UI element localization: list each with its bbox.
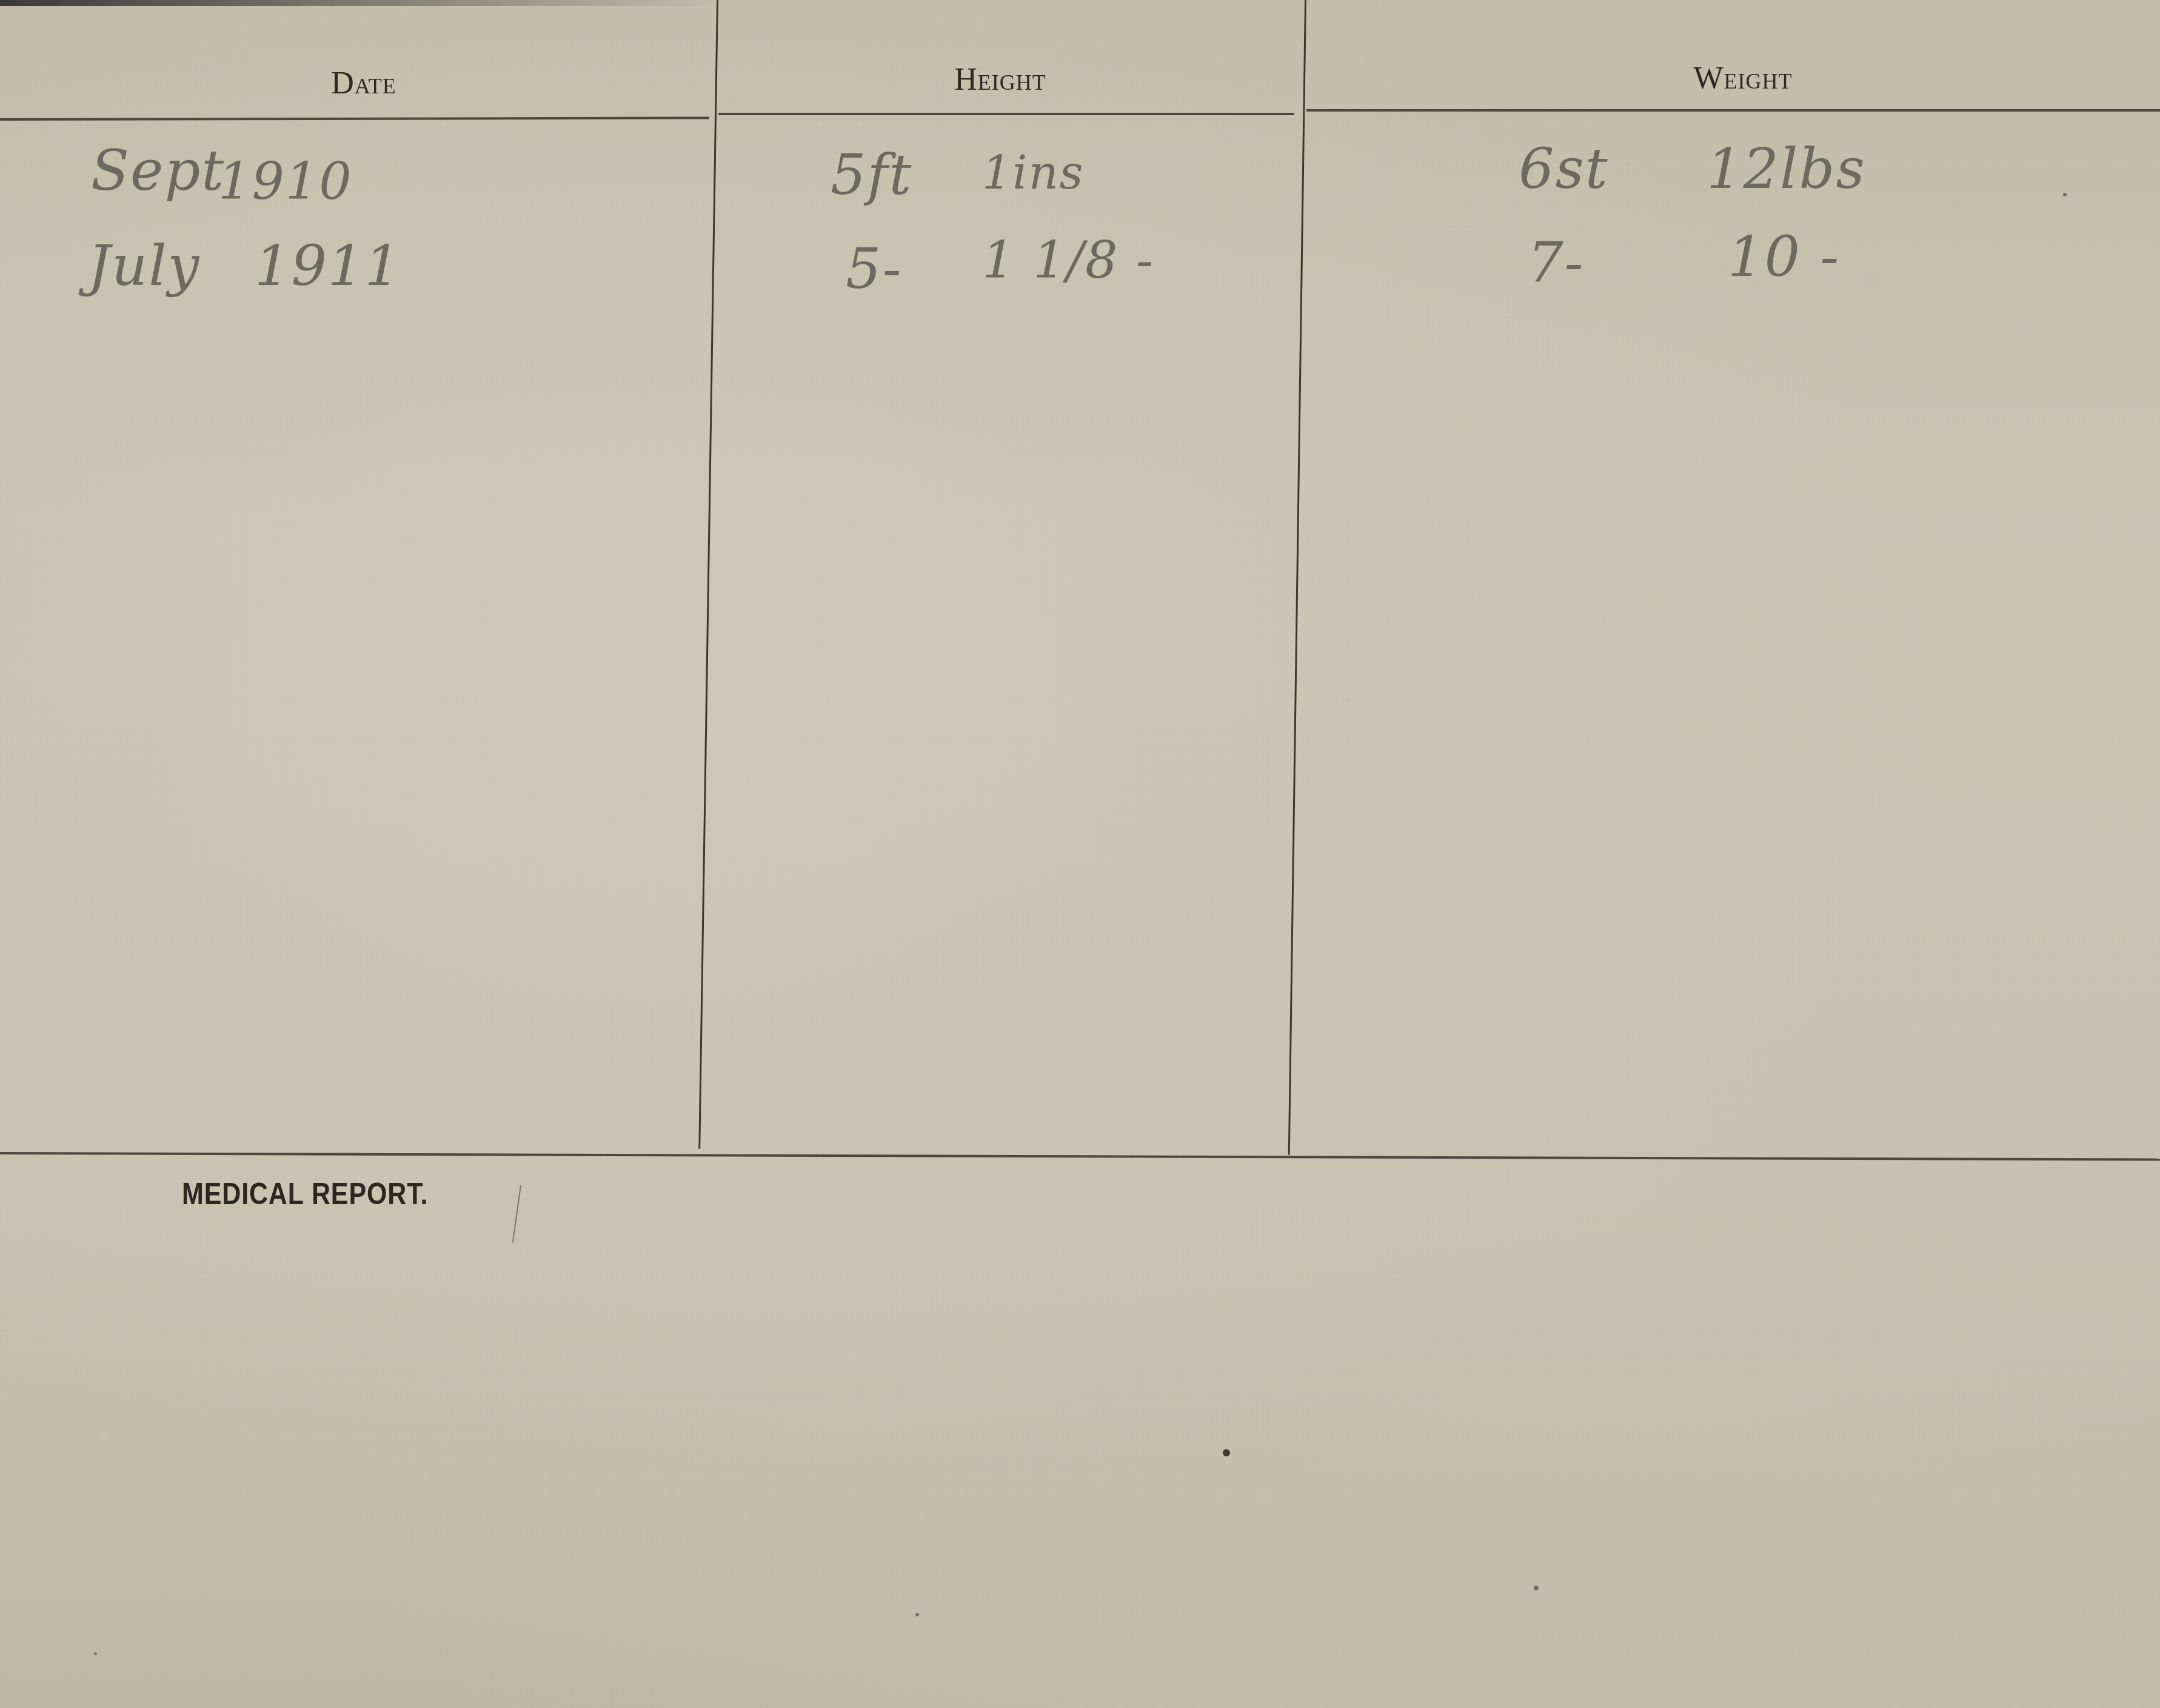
header-rule-weight <box>1306 109 2160 112</box>
ink-dot <box>1223 1449 1230 1456</box>
ink-dot <box>915 1613 919 1616</box>
ink-dot <box>1534 1586 1539 1590</box>
scan-shadow <box>0 0 727 6</box>
row2-date-month: July <box>88 233 201 298</box>
column-header-date: Date <box>285 65 443 101</box>
column-header-weight: Weight <box>1661 61 1825 96</box>
column-header-height: Height <box>921 62 1079 98</box>
row2-weight-pounds: 10 - <box>1728 224 1840 289</box>
header-rule-date <box>0 117 709 121</box>
row1-height-feet: 5ft <box>831 142 913 207</box>
row2-weight-stone: 7- <box>1528 230 1585 295</box>
ink-dot <box>2063 193 2067 196</box>
column-divider-1 <box>698 0 718 1149</box>
row1-weight-pounds: 12lbs <box>1707 136 1866 201</box>
medical-report-title: MEDICAL REPORT. <box>182 1176 428 1211</box>
row1-height-inches: 1ins <box>982 146 1085 199</box>
row2-date-year: 1911 <box>255 233 401 298</box>
row1-date-year: 1910 <box>218 152 353 211</box>
row2-height-inches: 1 1/8 - <box>982 230 1154 290</box>
column-divider-2 <box>1288 0 1306 1155</box>
row2-height-feet: 5- <box>846 236 903 301</box>
header-rule-height <box>718 113 1294 115</box>
row1-date-month: Sept <box>91 138 225 203</box>
table-bottom-rule <box>0 1152 2160 1161</box>
ink-dot <box>94 1652 97 1655</box>
row1-weight-stone: 6st <box>1519 136 1609 201</box>
medical-report-body[interactable] <box>182 1231 2061 1655</box>
